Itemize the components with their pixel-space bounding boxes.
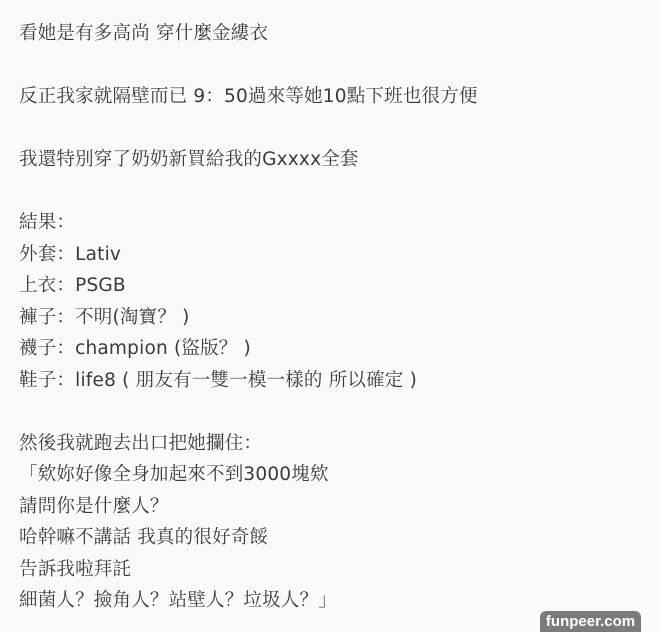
item-jacket: 外套：Lativ [19, 239, 650, 271]
text-line: 看她是有多高尚 穿什麼金縷衣 [19, 18, 650, 50]
text-line: 反正我家就隔壁而已 9：50過來等她10點下班也很方便 [19, 81, 650, 113]
item-shoes: 鞋子：life8 ( 朋友有一雙一模一樣的 所以確定 ) [19, 365, 650, 397]
text-line: 我還特別穿了奶奶新買給我的Gxxxx全套 [19, 144, 650, 176]
item-top: 上衣：PSGB [19, 270, 650, 302]
blank-line [19, 176, 650, 208]
quote-line: 「欸妳好像全身加起來不到3000塊欸 [19, 459, 650, 491]
quote-line: 告訴我啦拜託 [19, 554, 650, 586]
item-socks: 襪子：champion (盜版？ ) [19, 333, 650, 365]
blank-line [19, 50, 650, 82]
item-pants: 褲子：不明(淘寶？ ) [19, 302, 650, 334]
quote-line: 哈幹嘛不講話 我真的很好奇餒 [19, 522, 650, 554]
text-line: 然後我就跑去出口把她攔住： [19, 428, 650, 460]
watermark-badge: funpeer.com [540, 611, 641, 632]
quote-line: 請問你是什麼人？ [19, 491, 650, 523]
result-heading: 結果： [19, 207, 650, 239]
blank-line [19, 113, 650, 145]
blank-line [19, 396, 650, 428]
post-body: 看她是有多高尚 穿什麼金縷衣 反正我家就隔壁而已 9：50過來等她10點下班也很… [19, 18, 650, 617]
